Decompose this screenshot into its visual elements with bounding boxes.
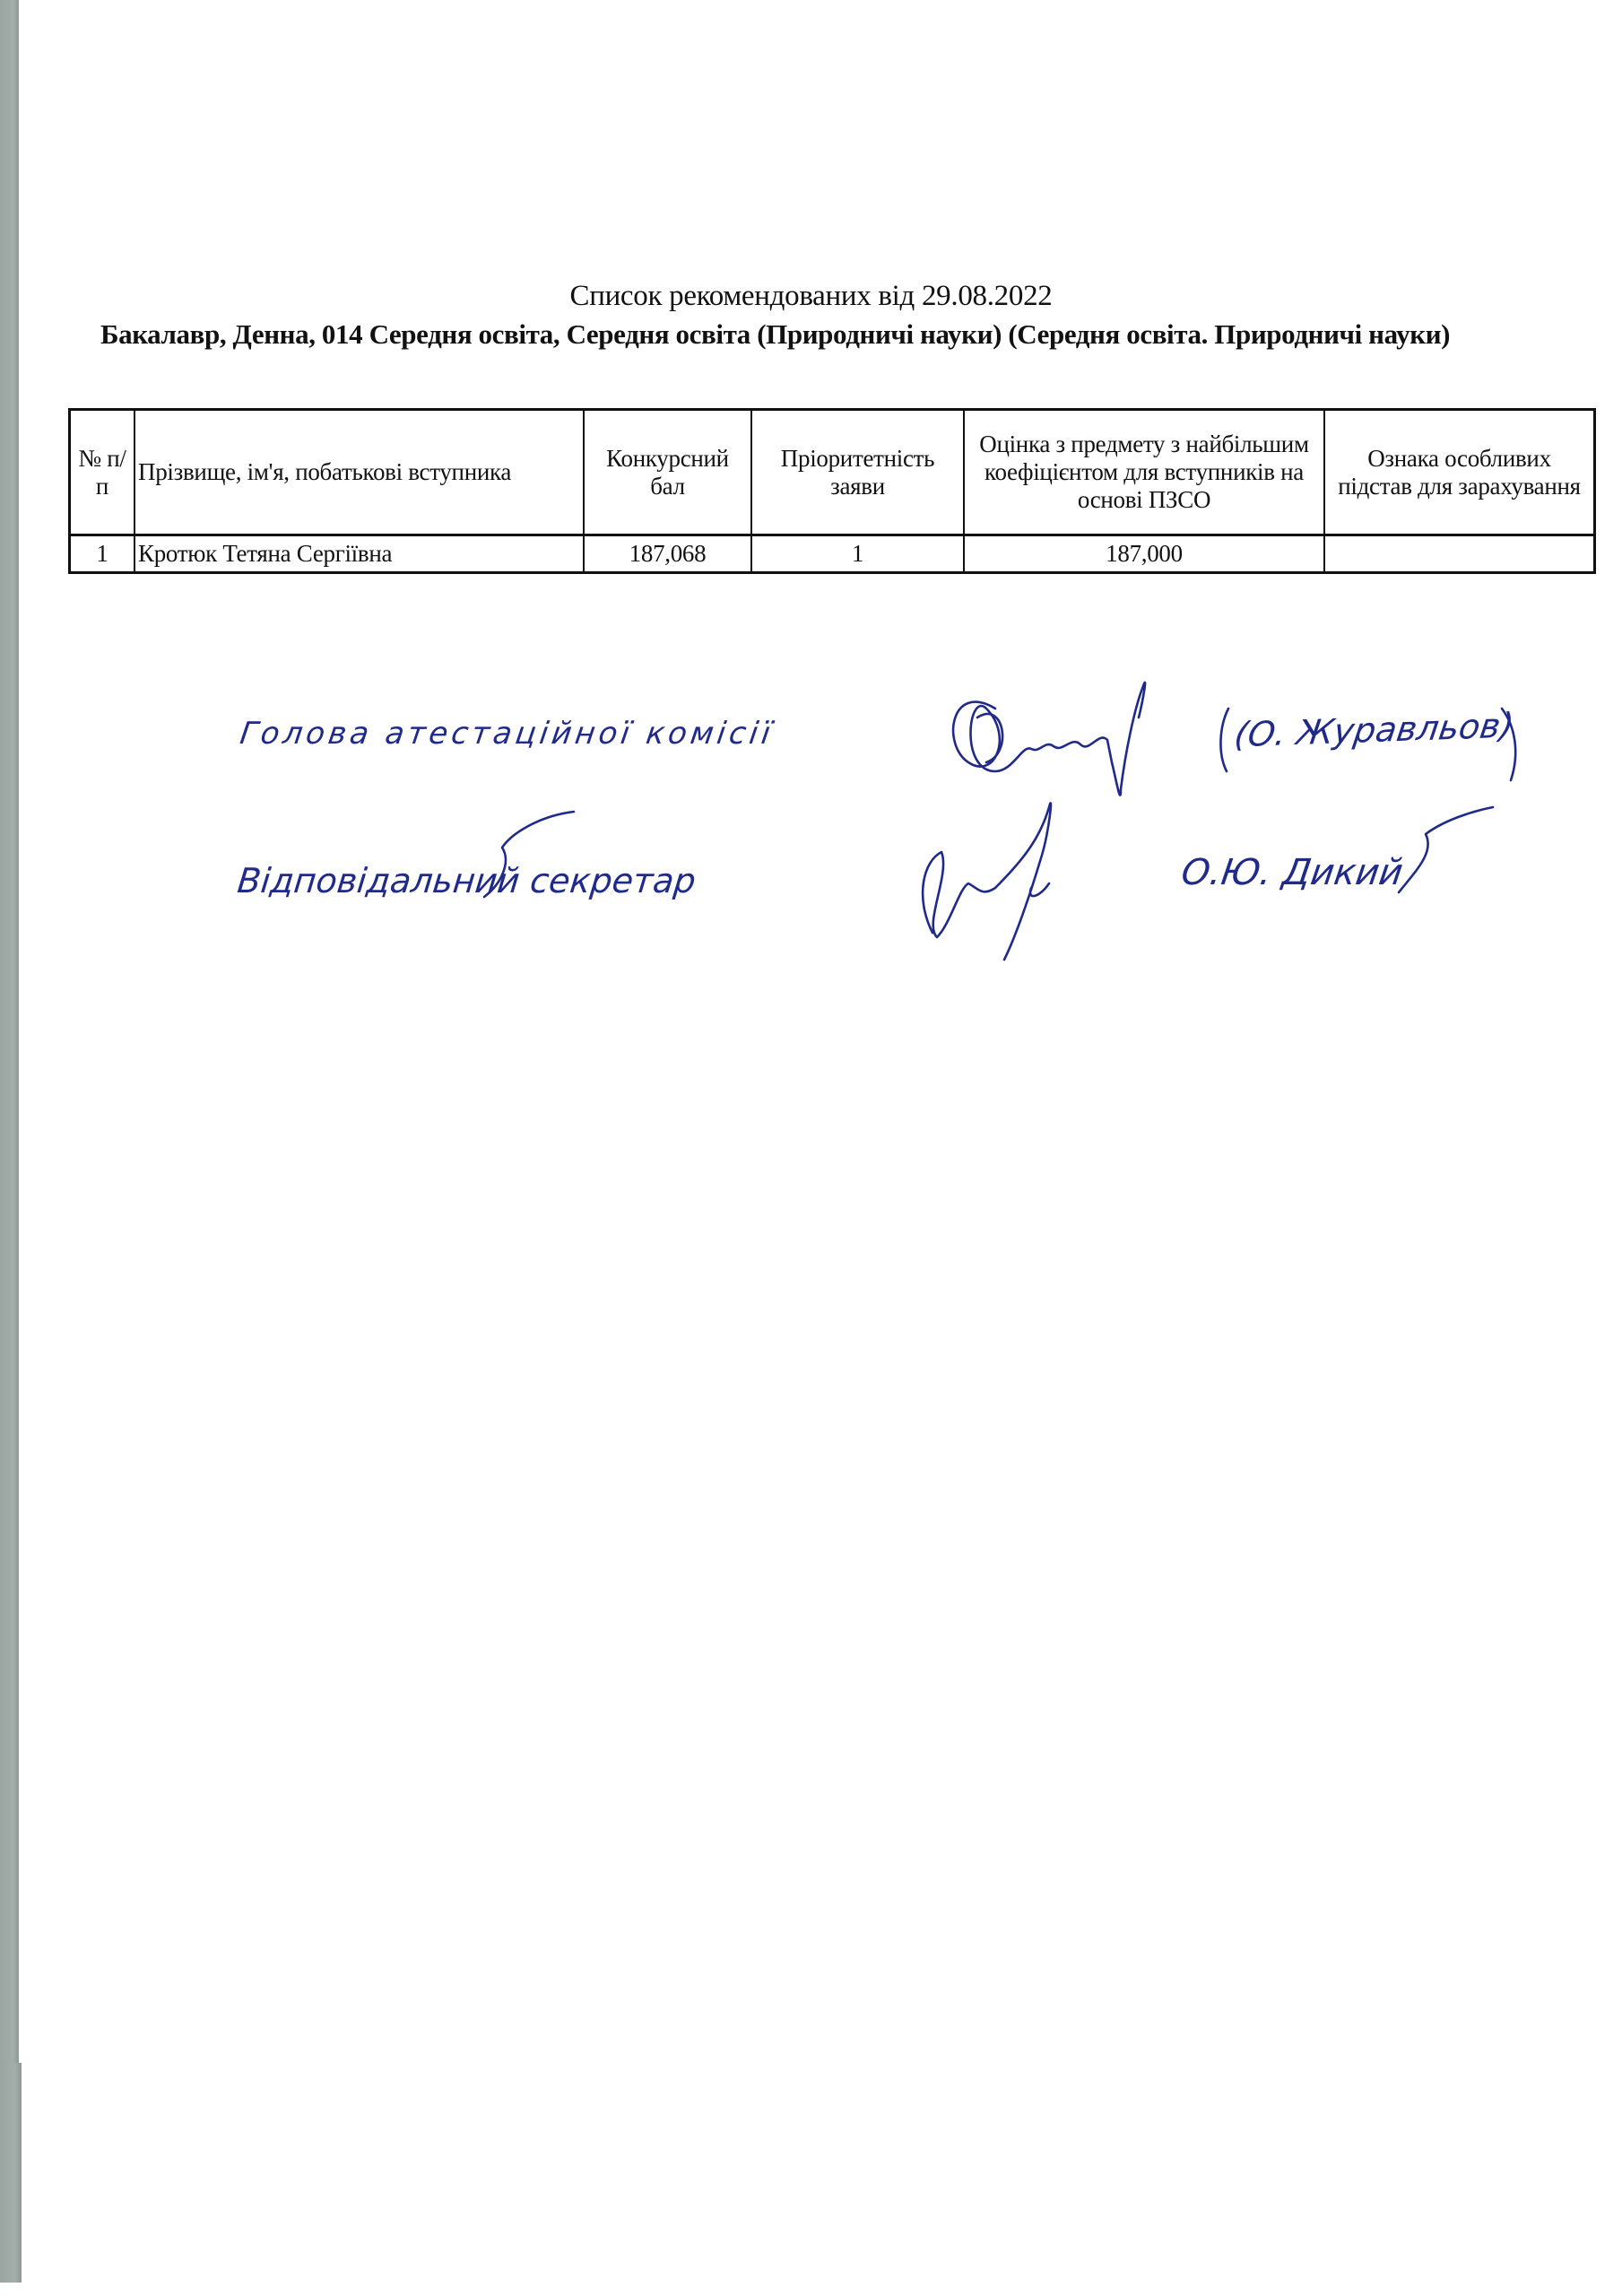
document-page: Список рекомендованих від 29.08.2022 Бак…: [0, 0, 1622, 2296]
document-subtitle: Бакалавр, Денна, 014 Середня освіта, Сер…: [68, 316, 1539, 353]
signature-name-chair: (О. Журавльов): [1232, 706, 1516, 755]
header-num: № п/п: [70, 410, 135, 535]
table-row: 1 Кротюк Тетяна Сергіївна 187,068 1 187,…: [70, 535, 1595, 573]
table-header-row: № п/п Прізвище, ім'я, побатькові вступни…: [70, 410, 1595, 535]
header-flag: Ознака особливих підстав для зарахування: [1324, 410, 1595, 535]
cell-score: 187,068: [584, 535, 751, 573]
cell-flag: [1324, 535, 1595, 573]
cell-num: 1: [70, 535, 135, 573]
header-grade: Оцінка з предмету з найбільшим коефіцієн…: [964, 410, 1324, 535]
header-score: Конкурсний бал: [584, 410, 751, 535]
header-priority: Пріоритетність заяви: [751, 410, 964, 535]
applicants-table: № п/п Прізвище, ім'я, побатькові вступни…: [68, 408, 1596, 574]
cell-name: Кротюк Тетяна Сергіївна: [134, 535, 584, 573]
header-name: Прізвище, ім'я, побатькові вступника: [134, 410, 584, 535]
signature-role-secretary: Відповідальний секретар: [236, 861, 698, 900]
signature-name-secretary: О.Ю. Дикий: [1179, 852, 1406, 893]
signature-role-chair: Голова атестаційної комісії: [238, 716, 776, 752]
document-title: Список рекомендованих від 29.08.2022: [0, 280, 1622, 312]
cell-grade: 187,000: [964, 535, 1324, 573]
cell-priority: 1: [751, 535, 964, 573]
